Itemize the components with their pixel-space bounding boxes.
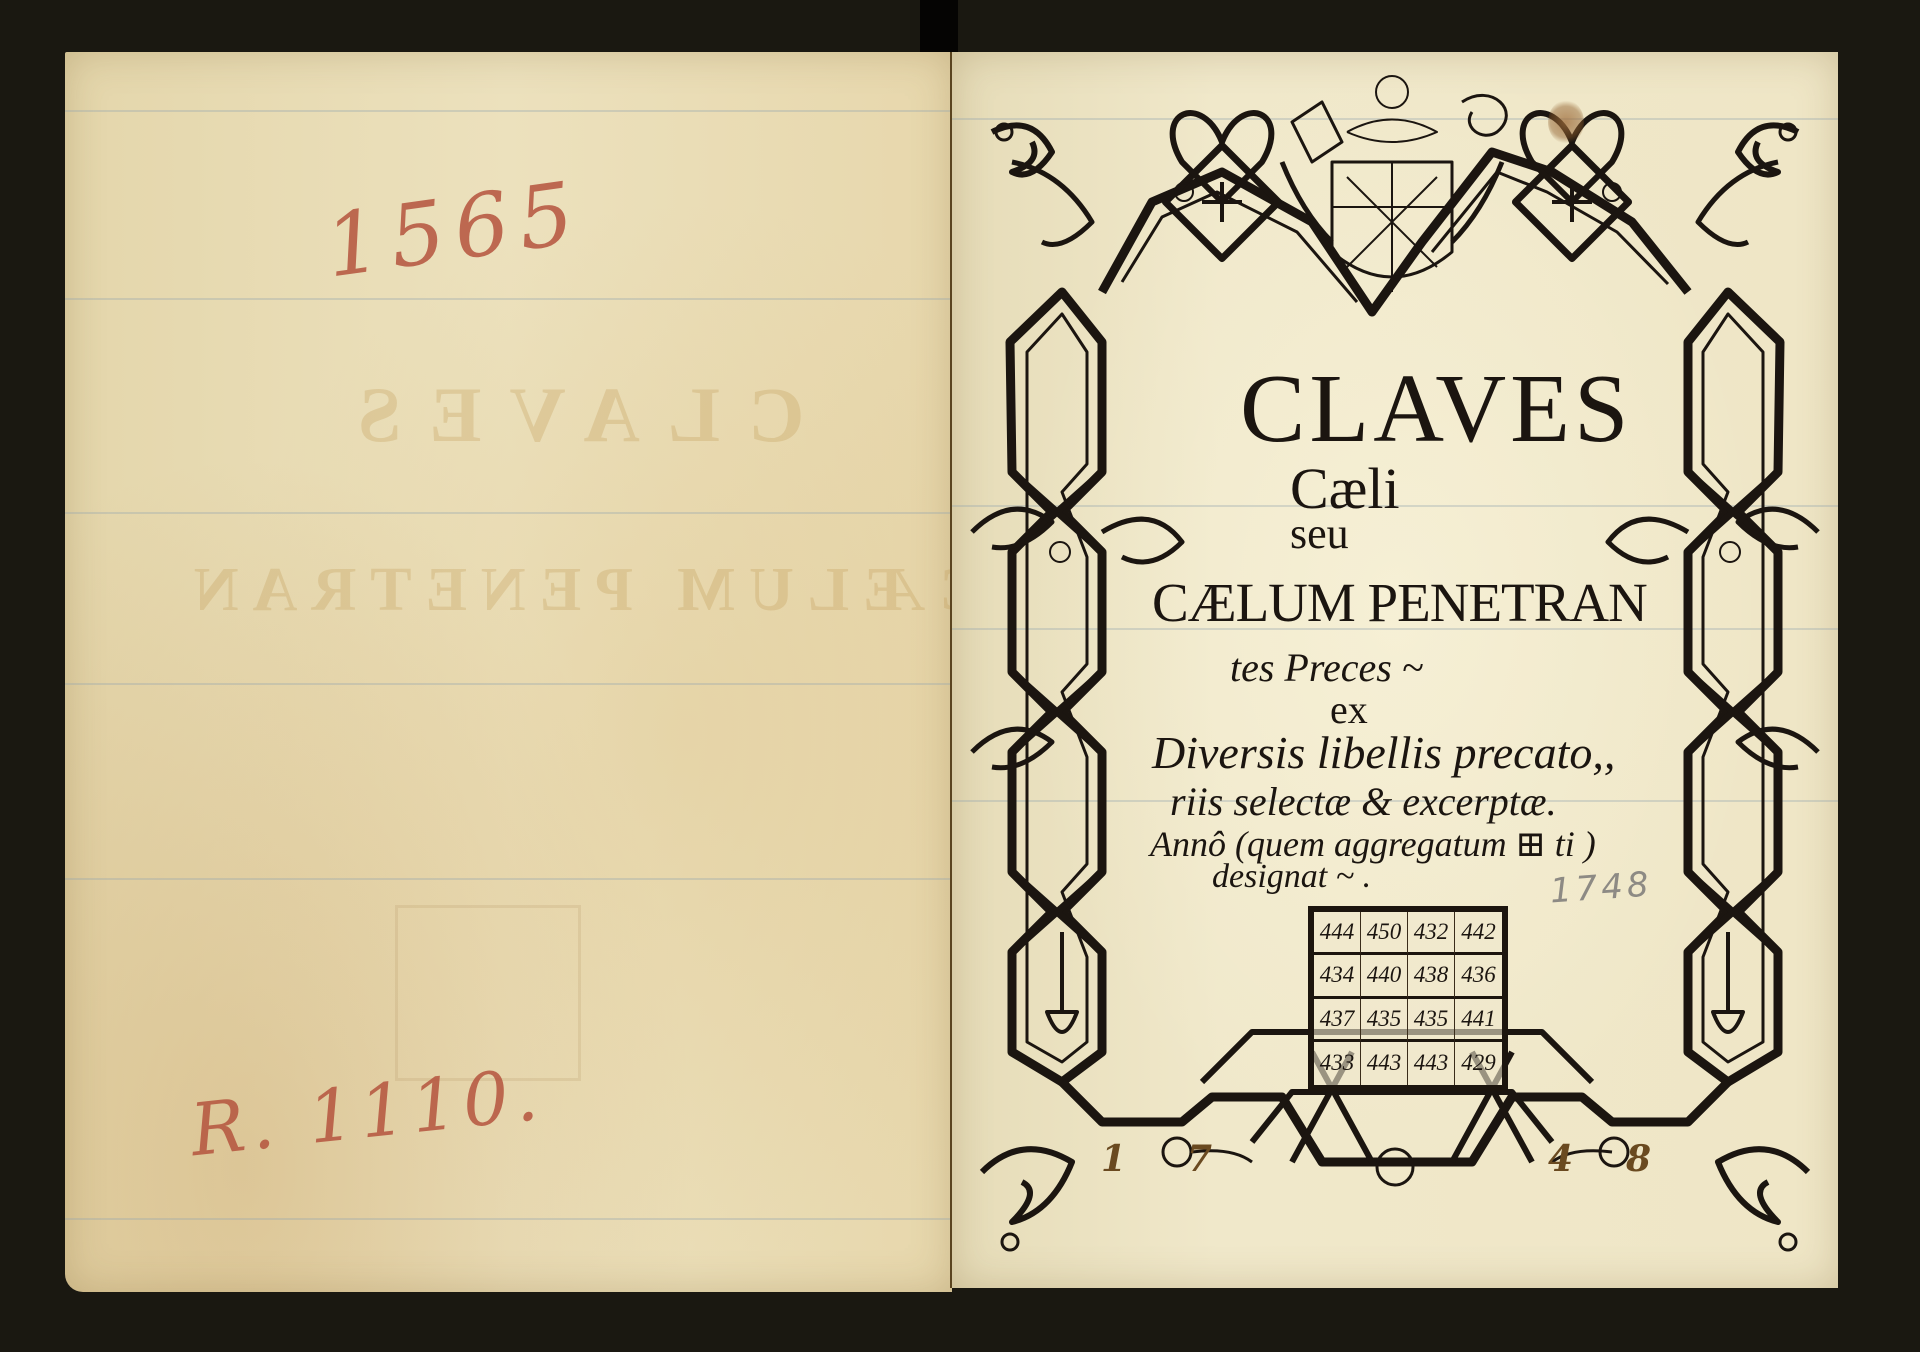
frame-year-digit: 8 xyxy=(1626,1138,1651,1180)
gutter-shadow xyxy=(920,0,958,60)
ruled-line xyxy=(65,512,952,514)
stain xyxy=(1548,100,1584,144)
magic-square-cell: 450 xyxy=(1361,912,1408,955)
title-line: ex xyxy=(1330,690,1368,730)
magic-square-cell: 432 xyxy=(1408,912,1455,955)
title-line: Diversis libellis precato,, xyxy=(1152,730,1615,776)
ruled-line xyxy=(65,683,952,685)
magic-square-cell: 433 xyxy=(1314,1042,1361,1085)
frame-year-digit: 4 xyxy=(1548,1138,1573,1180)
pencil-date-note: 1748 xyxy=(1549,864,1654,911)
magic-square-cell: 434 xyxy=(1314,955,1361,998)
frame-year-digit: 1 xyxy=(1101,1138,1126,1180)
magic-square-cell: 443 xyxy=(1408,1042,1455,1085)
title-line: seu xyxy=(1290,512,1349,556)
ruled-line xyxy=(65,110,952,112)
show-through-text: CLAVES xyxy=(330,370,804,460)
ruled-line xyxy=(65,298,952,300)
magic-square-cell: 441 xyxy=(1455,999,1502,1042)
title-line: Annô (quem aggregatum ⊞ ti ) xyxy=(1150,826,1596,862)
magic-square-cell: 443 xyxy=(1361,1042,1408,1085)
frame-year-digit: 7 xyxy=(1187,1138,1212,1180)
magic-square-cell: 435 xyxy=(1361,999,1408,1042)
title-line: designat ~ . xyxy=(1212,860,1371,894)
title-line: riis selectæ & excerptæ. xyxy=(1170,782,1557,822)
show-through-text: CÆLUM PENETRAN xyxy=(180,555,984,626)
magic-square-cell: 440 xyxy=(1361,955,1408,998)
magic-square-cell: 436 xyxy=(1455,955,1502,998)
title-line: tes Preces ~ xyxy=(1230,648,1423,688)
magic-square-cell: 429 xyxy=(1455,1042,1502,1085)
title-line: CÆLUM PENETRAN xyxy=(1152,575,1647,630)
ruled-line xyxy=(65,878,952,880)
title-line: CLAVES xyxy=(1240,360,1633,458)
magic-square-table: 444 450 432 442 434 440 438 436 437 435 … xyxy=(1308,906,1508,1091)
ruled-line xyxy=(65,1218,952,1220)
magic-square-cell: 437 xyxy=(1314,999,1361,1042)
show-through-square xyxy=(395,905,581,1081)
magic-square-cell: 442 xyxy=(1455,912,1502,955)
magic-square-cell: 435 xyxy=(1408,999,1455,1042)
magic-square-cell: 438 xyxy=(1408,955,1455,998)
magic-square-cell: 444 xyxy=(1314,912,1361,955)
